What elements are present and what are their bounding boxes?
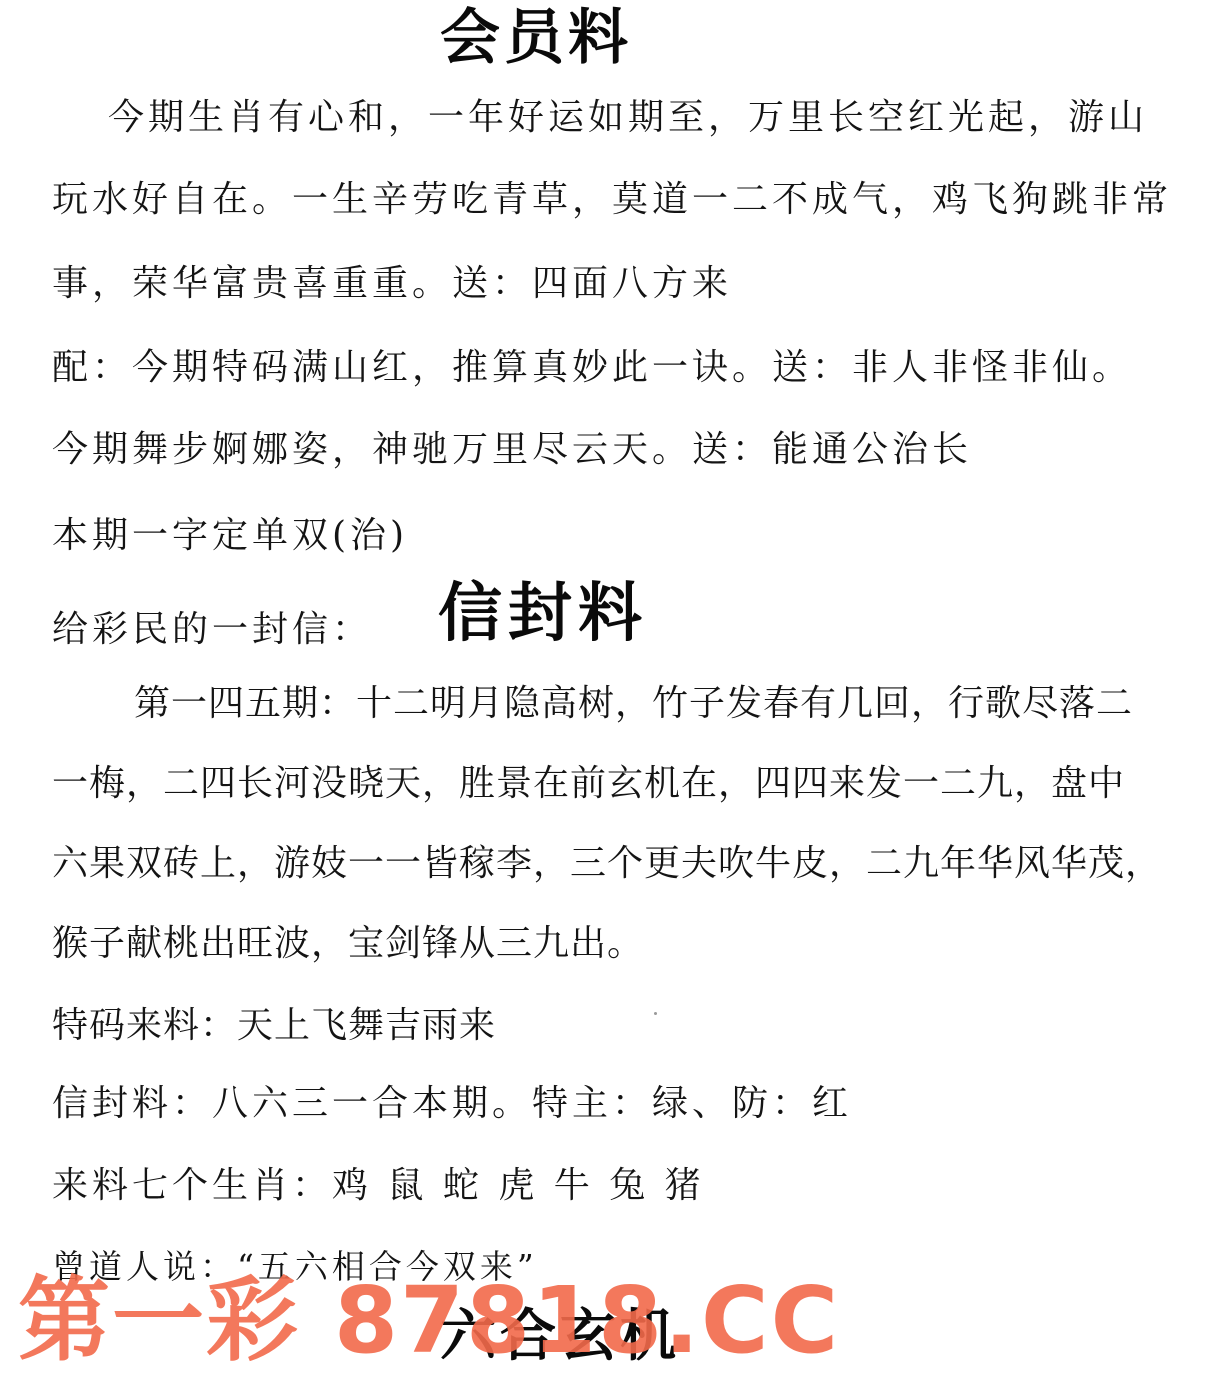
special-code-line: 特码来料：天上飞舞吉雨来 [52, 1008, 496, 1044]
zodiac-line: 来料七个生肖：鸡 鼠 蛇 虎 牛 兔 猪 [52, 1168, 705, 1204]
issue-line-4: 猴子献桃出旺波，宝剑锋从三九出。 [52, 926, 644, 962]
member-poem-line-3: 事，荣华富贵喜重重。送：四面八方来 [52, 266, 732, 302]
issue-line-3: 六果双砖上，游妓一一皆稼李，三个更夫吹牛皮，二九年华风华茂， [52, 846, 1162, 882]
member-poem-line-1: 今期生肖有心和，一年好运如期至，万里长空红光起，游山 [108, 100, 1148, 136]
issue-line-1: 第一四五期：十二明月隐高树，竹子发春有几回，行歌尽落二 [134, 686, 1133, 722]
envelope-line: 信封料：八六三一合本期。特主：绿、防：红 [52, 1086, 852, 1122]
pairing-line: 配：今期特码满山红，推算真妙此一诀。送：非人非怪非仙。 [52, 350, 1132, 386]
issue-line-2: 一梅，二四长河没晓天，胜景在前玄机在，四四来发一二九，盘中 [52, 766, 1125, 802]
single-double-line: 本期一字定单双(治) [52, 518, 408, 554]
dance-line: 今期舞步婀娜姿，神驰万里尽云天。送：能通公治长 [52, 432, 972, 468]
scan-speck [654, 1012, 657, 1015]
member-section-title: 会员料 [440, 8, 632, 68]
document-page: 会员料 今期生肖有心和，一年好运如期至，万里长空红光起，游山 玩水好自在。一生辛… [0, 0, 1211, 1388]
member-poem-line-2: 玩水好自在。一生辛劳吃青草，莫道一二不成气，鸡飞狗跳非常 [52, 182, 1172, 218]
letter-section-title: 信封料 [438, 582, 648, 646]
site-watermark: 第一彩 87818.CC [18, 1275, 840, 1367]
letter-intro-label: 给彩民的一封信： [52, 612, 372, 648]
